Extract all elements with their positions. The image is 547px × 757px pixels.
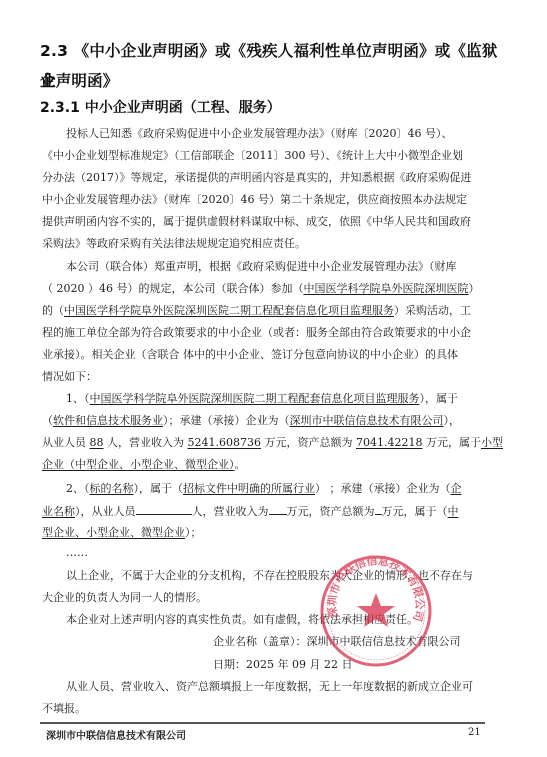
para1-line: 《中小企业划型标准规定》（工信部联企〔2011〕300 号）、《统计上大中小微型… [42,148,514,164]
para3-line: 大企业的负责人为同一人的情形。 [42,590,514,606]
para2-line: 情况如下： [42,369,514,385]
item1-line: 企业（中型企业、小型企业、微型企业）。 [42,457,514,473]
purchaser-name: 中国医学科学院阜外医院深圳医院 [303,282,468,295]
item1-text: ）；承建（承接）企业为（ [163,414,290,427]
item2-text: 人，营业收入为 [192,505,269,518]
para2-text: 的（ [42,304,64,317]
item2-text: 2、（ [66,482,90,495]
item2-text: ），从业人员 [75,505,136,518]
item2-company: 业名称 [42,505,75,518]
item1-text: 。 [235,458,246,471]
para1-line: 投标人已知悉《政府采购促进中小企业发展管理办法》（财库〔2020〕46 号）、 [42,126,538,142]
item1-text: 人，营业收入为 [107,436,184,449]
para1-line: 提供声明函内容不实的，属于提供虚假材料谋取中标、成交，依照《中华人民共和国政府 [42,214,514,230]
item1-line: （软件和信息技术服务业）；承建（承接）企业为（深圳市中联信信息技术有限公司）， [42,413,514,429]
item2-assets-blank [375,503,382,515]
item2-company: 企 [451,482,462,495]
item1-staff-count: 88 [90,436,104,449]
para1-line: 采购法》等政府采购有关法律法规规定追究相应责任。 [42,236,514,252]
item2-revenue-blank [269,503,287,515]
item1-text: 万元，资产总额为 [264,436,352,449]
project-name: 中国医学科学院阜外医院深圳医院二期工程配套信息化项目监理服务 [64,304,394,317]
item1-text: （ [42,414,53,427]
para3-line: 以上企业，不属于大企业的分支机构，不存在控股股东为大企业的情形，也不存在与 [42,568,538,584]
para1-line: 中小企业发展管理办法》（财库〔2020〕46 号）第二十条规定，供应商按照本办法… [42,192,514,208]
document-page: 2.3 《中小企业声明函》或《残疾人福利性单位声明函》或《监狱企 业声明函》 2… [0,0,547,757]
footer-company: 深圳市中联信信息技术有限公司 [46,727,186,742]
note-line: 不填报。 [42,701,514,717]
para2-text: ）采购活动，工 [394,304,471,317]
para2-line: 业承接）。相关企业（含联合 体中的中小企业、签订分包意向协议的中小企业）的具体 [42,347,514,363]
signature-company: 企业名称（盖章）：深圳市中联信信息技术有限公司 [213,634,513,650]
item1-revenue: 5241.608736 [188,436,261,449]
item2-size: 型企业、小型企业、微型企业 [42,526,185,539]
item2-line: 业名称），从业人员人，营业收入为万元，资产总额为万元，属于（中 [42,503,514,520]
item2-name: 标的名称 [90,482,134,495]
page-number: 21 [468,727,481,738]
item2-text: ） ；承建（承接）企业为（ [315,482,451,495]
note-line: 从业人员、营业收入、资产总额填报上一年度数据，无上一年度数据的新成立企业可 [42,679,538,695]
para2-text: （ 2020 ）46 号）的规定，本公司（联合体）参加（ [42,282,303,295]
item2-industry: 招标文件中明确的所属行业 [183,482,315,495]
item2-text: ），属于（ [134,482,184,495]
para2-line: 本公司（联合体）郑重声明，根据《政府采购促进中小企业发展管理办法》（财库 [42,259,538,275]
signature-date: 日期：2025 年 09 月 22 日 [213,657,513,673]
item1-text: ），属于 [420,392,459,405]
item2-text: ）； [185,526,202,539]
item1-text: 1、（ [66,392,90,405]
item2-size: 中 [448,505,459,518]
para2-line: （ 2020 ）46 号）的规定，本公司（联合体）参加（中国医学科学院阜外医院深… [42,281,514,297]
item1-text: ）， [444,414,461,427]
item1-company: 深圳市中联信信息技术有限公司 [290,414,444,427]
para2-line: 的（中国医学科学院阜外医院深圳医院二期工程配套信息化项目监理服务）采购活动，工 [42,303,514,319]
item1-industry: 软件和信息技术服务业 [53,414,163,427]
footer-rule [40,722,485,724]
item1-line: 从业人员 88 人，营业收入为 5241.608736 万元，资产总额为 704… [42,435,514,451]
subsection-heading: 2.3.1 中小企业声明函（工程、服务） [40,96,510,120]
para1-line: 分办法（2017）》等规定，承诺提供的声明函内容是真实的，并知悉根据《政府采购促… [42,170,514,186]
item1-text: 从业人员 [42,436,86,449]
para2-line: 程的施工单位全部为符合政策要求的中小企业（或者：服务全部由符合政策要求的中小企 [42,325,514,341]
item2-line: 2、（标的名称），属于（招标文件中明确的所属行业） ；承建（承接）企业为（企 [42,481,538,497]
item2-line: 型企业、小型企业、微型企业）； [42,525,514,541]
para4-line: 本企业对上述声明内容的真实性负责。如有虚假，将依法承担相应责任。 [42,612,538,628]
ellipsis: …… [42,545,538,561]
item1-assets: 7041.42218 [356,436,422,449]
item1-size: 企业（中型企业、小型企业、微型企业） [42,458,235,471]
item2-text: 万元，属于（ [382,505,448,518]
item1-text: 万元，属于 [426,436,481,449]
item1-size: 小型 [481,436,503,449]
item2-text: 万元，资产总额为 [287,505,375,518]
item1-line: 1、（中国医学科学院阜外医院深圳医院二期工程配套信息化项目监理服务），属于 [42,391,538,407]
item1-project: 中国医学科学院阜外医院深圳医院二期工程配套信息化项目监理服务 [90,392,420,405]
para2-text: ） [468,282,479,295]
section-heading-line2: 业声明函》 [40,66,510,96]
item2-staff-blank [136,503,192,515]
